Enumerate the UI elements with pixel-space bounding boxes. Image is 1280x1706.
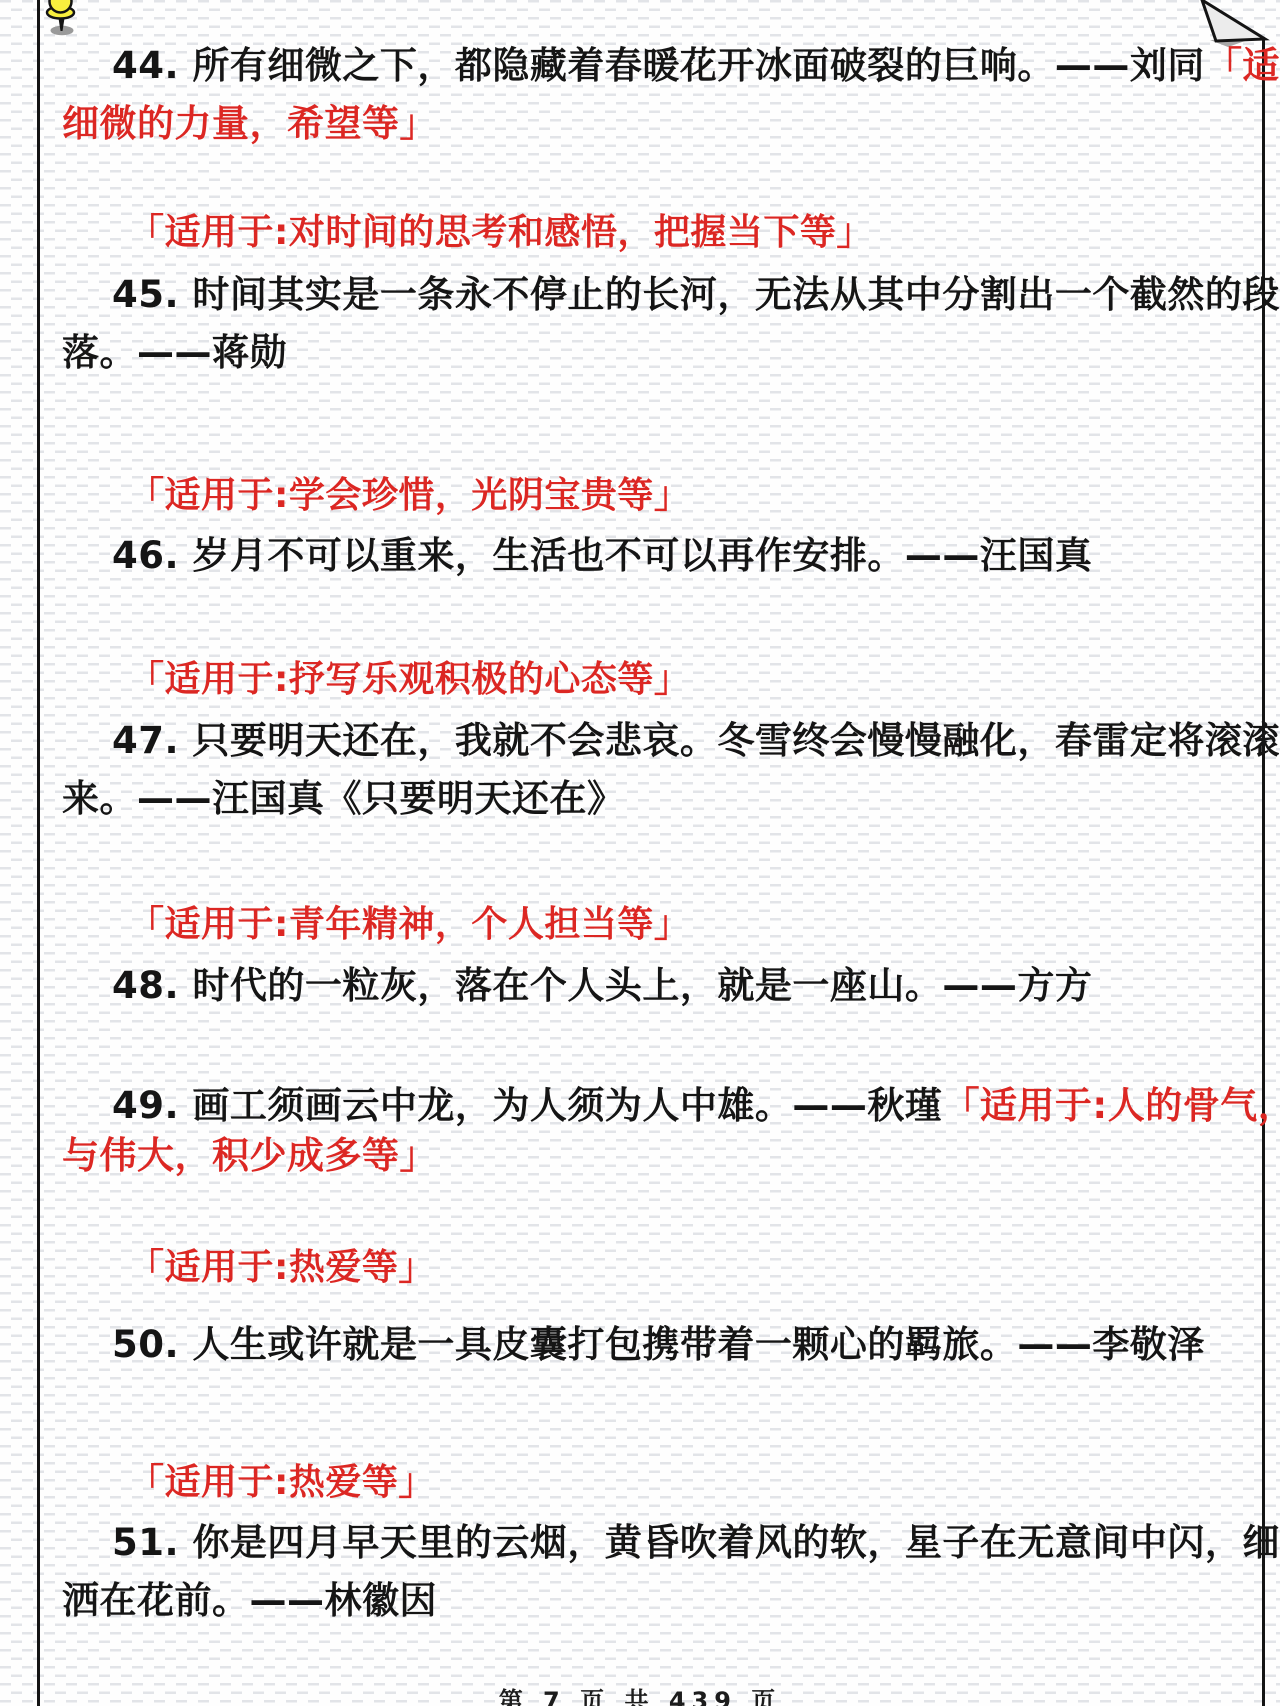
usage-tag-48: 「适用于:青年精神，个人担当等」 xyxy=(128,896,690,954)
quote-49: 49. 画工须画云中龙，为人须为人中雄。——秋瑾「适用于:人的骨气， 与伟大，积… xyxy=(62,1081,1280,1181)
quote-47: 47. 只要明天还在，我就不会悲哀。冬雪终会慢慢融化，春雷定将滚滚到 来。——汪… xyxy=(62,712,1280,828)
usage-tag-45: 「适用于:对时间的思考和感悟，把握当下等」 xyxy=(128,204,873,262)
usage-tag-51: 「适用于:热爱等」 xyxy=(128,1454,435,1512)
quote-46: 46. 岁月不可以重来，生活也不可以再作安排。——汪国真 xyxy=(62,527,1092,585)
quote-50: 50. 人生或许就是一具皮囊打包携带着一颗心的羁旅。——李敬泽 xyxy=(62,1316,1205,1374)
quote-45: 45. 时间其实是一条永不停止的长河，无法从其中分割出一个截然的段 落。——蒋勋 xyxy=(62,266,1280,382)
quote-48-line-1: 48. 时代的一粒灰，落在个人头上，就是一座山。——方方 xyxy=(62,957,1092,1015)
quote-49-tag-end: 与伟大，积少成多等」 xyxy=(62,1134,437,1177)
quote-45-line-2: 落。——蒋勋 xyxy=(62,324,1280,382)
quote-48: 48. 时代的一粒灰，落在个人头上，就是一座山。——方方 xyxy=(62,957,1092,1015)
usage-tag-47: 「适用于:抒写乐观积极的心态等」 xyxy=(128,651,690,709)
quote-49-text: 49. 画工须画云中龙，为人须为人中雄。——秋瑾 xyxy=(112,1084,942,1127)
quote-44-tag-end: 细微的力量，希望等」 xyxy=(62,102,437,145)
page-number: 第 7 页 共 439 页 xyxy=(0,1688,1280,1706)
notepad-page: 44. 所有细微之下，都隐藏着春暖花开冰面破裂的巨响。——刘同「适用于: 细微的… xyxy=(0,0,1280,1706)
quote-44-tag-start: 「适用于: xyxy=(1205,44,1280,87)
quote-44-text: 44. 所有细微之下，都隐藏着春暖花开冰面破裂的巨响。——刘同 xyxy=(112,44,1205,87)
quote-51: 51. 你是四月早天里的云烟，黄昏吹着风的软，星子在无意间中闪，细雨 点 洒在花… xyxy=(62,1514,1280,1630)
quote-44: 44. 所有细微之下，都隐藏着春暖花开冰面破裂的巨响。——刘同「适用于: 细微的… xyxy=(62,37,1280,153)
pushpin-icon xyxy=(40,0,84,40)
quote-44-line-1: 44. 所有细微之下，都隐藏着春暖花开冰面破裂的巨响。——刘同「适用于: xyxy=(62,37,1280,95)
usage-tag-46: 「适用于:学会珍惜，光阴宝贵等」 xyxy=(128,467,690,525)
quote-51-line-2: 洒在花前。——林徽因 xyxy=(62,1572,1280,1630)
quote-49-line-2: 与伟大，积少成多等」 xyxy=(62,1131,1280,1181)
quote-47-line-2: 来。——汪国真《只要明天还在》 xyxy=(62,770,1280,828)
quote-44-line-2: 细微的力量，希望等」 xyxy=(62,95,1280,153)
quote-47-line-1: 47. 只要明天还在，我就不会悲哀。冬雪终会慢慢融化，春雷定将滚滚到 xyxy=(62,712,1280,770)
quote-49-line-1: 49. 画工须画云中龙，为人须为人中雄。——秋瑾「适用于:人的骨气， xyxy=(62,1081,1280,1131)
quote-50-line-1: 50. 人生或许就是一具皮囊打包携带着一颗心的羁旅。——李敬泽 xyxy=(62,1316,1205,1374)
quote-49-tag-start: 「适用于:人的骨气， xyxy=(942,1084,1280,1127)
usage-tag-50: 「适用于:热爱等」 xyxy=(128,1239,435,1297)
page-border-left xyxy=(37,0,40,1706)
quote-45-line-1: 45. 时间其实是一条永不停止的长河，无法从其中分割出一个截然的段 xyxy=(62,266,1280,324)
quote-46-line-1: 46. 岁月不可以重来，生活也不可以再作安排。——汪国真 xyxy=(62,527,1092,585)
quote-51-line-1: 51. 你是四月早天里的云烟，黄昏吹着风的软，星子在无意间中闪，细雨 点 xyxy=(62,1514,1280,1572)
